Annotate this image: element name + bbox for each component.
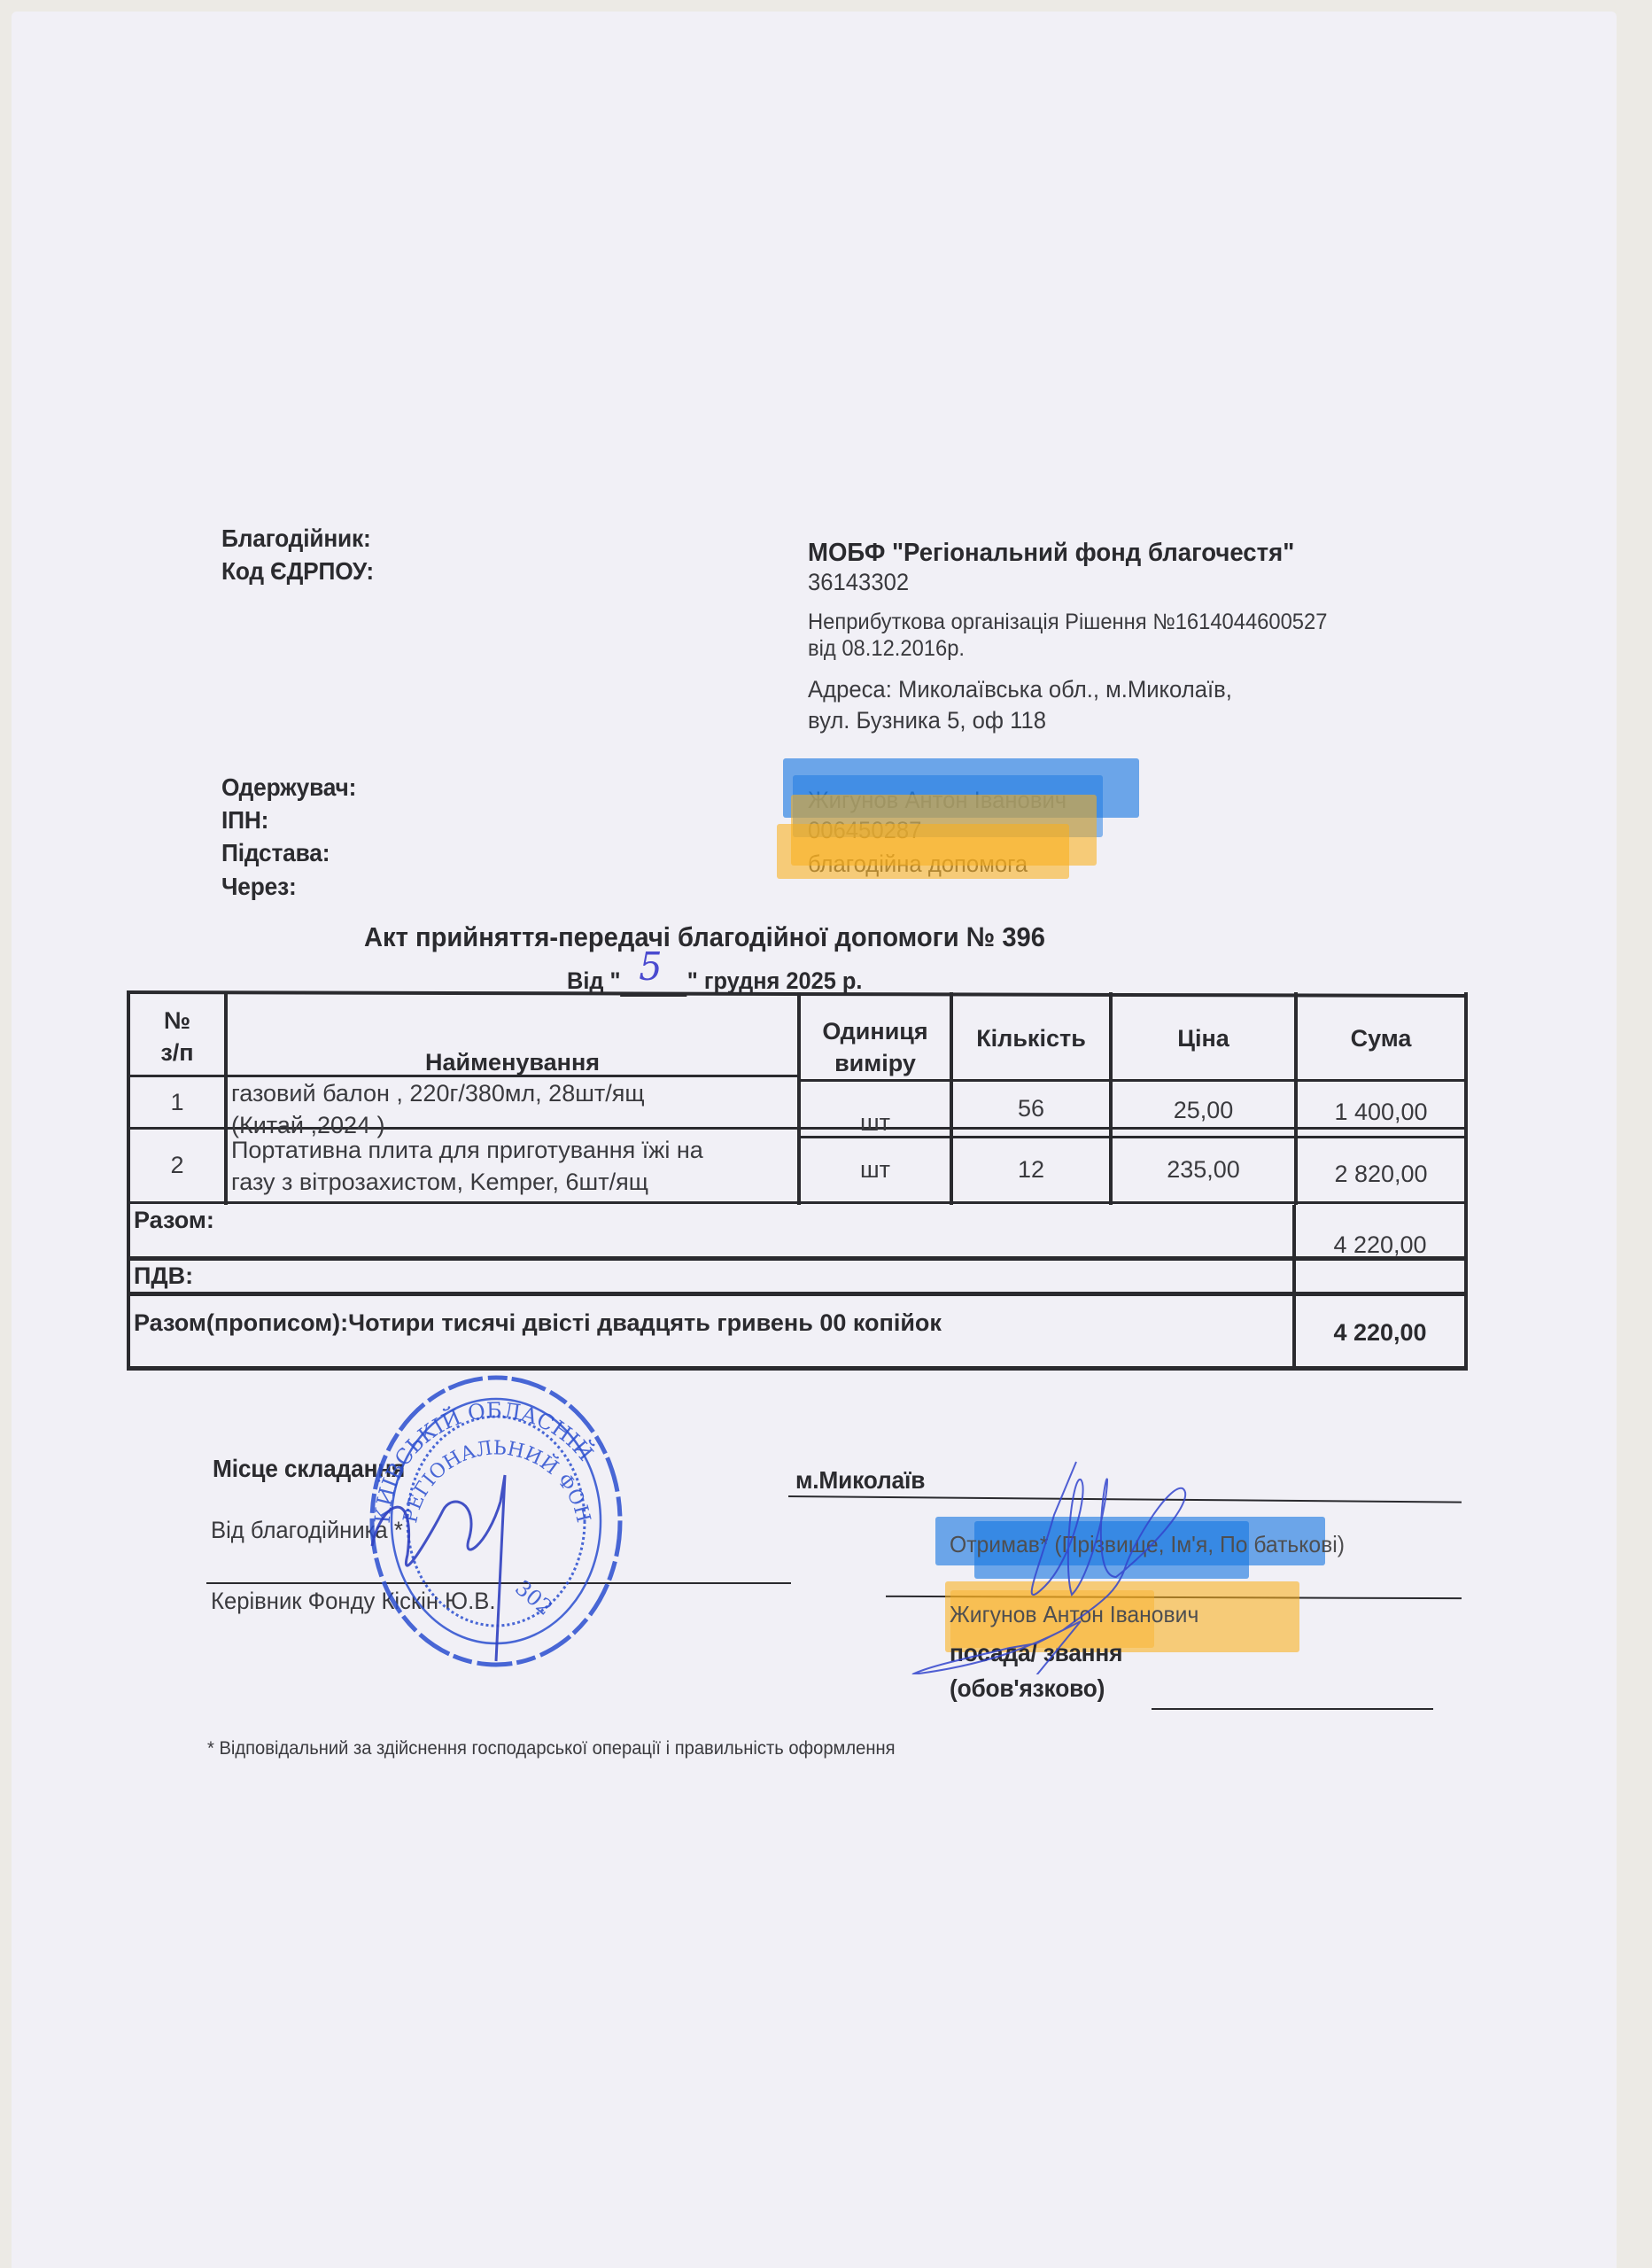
total-label: Разом: bbox=[130, 1204, 665, 1236]
date-suffix: " грудня 2025 р. bbox=[687, 967, 863, 994]
donor-edrpou: 36143302 bbox=[808, 569, 909, 596]
row2-name-line2: газу з вітрозахистом, Kemper, 6шт/ящ bbox=[231, 1166, 648, 1198]
row2-price: 235,00 bbox=[1113, 1138, 1294, 1201]
header-no-line1: № bbox=[164, 1005, 190, 1037]
total-value: 4 220,00 bbox=[1296, 1231, 1464, 1258]
act-title: Акт прийняття-передачі благодійної допом… bbox=[364, 921, 1045, 953]
via-label: Через: bbox=[221, 873, 297, 901]
row2-name: Портативна плита для приготування їжі на… bbox=[228, 1130, 798, 1201]
table-border bbox=[1464, 992, 1468, 1371]
header-no-line2: з/п bbox=[160, 1037, 193, 1068]
vat-label: ПДВ: bbox=[130, 1260, 665, 1292]
header-unit-line2: виміру bbox=[834, 1047, 916, 1079]
recipient-label: Одержувач: bbox=[221, 773, 356, 802]
ipn-label: ІПН: bbox=[221, 806, 268, 835]
header-no: № з/п bbox=[130, 996, 224, 1077]
donor-address-line1: Адреса: Миколаївська обл., м.Миколаїв, bbox=[808, 676, 1232, 703]
basis-label: Підстава: bbox=[221, 839, 330, 867]
header-price: Ціна bbox=[1113, 996, 1294, 1081]
row1-price: 25,00 bbox=[1113, 1081, 1294, 1139]
items-table: № з/п Найменування Одиниця виміру Кількі… bbox=[127, 992, 1468, 1369]
total-words-amount: 4 220,00 bbox=[1296, 1296, 1464, 1369]
stamp-number: 302 bbox=[510, 1575, 557, 1620]
redaction-yellow-mark bbox=[777, 824, 1069, 879]
row2-qty: 12 bbox=[953, 1138, 1109, 1201]
date-prefix: Від " bbox=[567, 967, 621, 994]
donor-address-line2: вул. Бузника 5, оф 118 bbox=[808, 707, 1046, 734]
header-unit: Одиниця виміру bbox=[801, 996, 950, 1090]
donor-label: Благодійник: bbox=[221, 524, 371, 553]
header-unit-line1: Одиниця bbox=[822, 1015, 927, 1047]
footnote: * Відповідальний за здійснення господарс… bbox=[207, 1738, 896, 1759]
row2-sum: 2 820,00 bbox=[1298, 1138, 1464, 1209]
row2-no: 2 bbox=[130, 1130, 224, 1201]
row1-name: газовий балон , 220г/380мл, 28шт/ящ (Кит… bbox=[228, 1077, 798, 1129]
total-words-row: Разом(прописом):Чотири тисячі двісті два… bbox=[130, 1296, 1285, 1349]
stamp-outer-text: КИЇВСЬКІЙ ОБЛАСНІЙ bbox=[370, 1398, 600, 1525]
row1-name-line1: газовий балон , 220г/380мл, 28шт/ящ bbox=[231, 1077, 645, 1109]
donor-status-line2: від 08.12.2016р. bbox=[808, 636, 965, 662]
recipient-signature bbox=[904, 1453, 1222, 1674]
row1-sum: 1 400,00 bbox=[1298, 1081, 1464, 1143]
total-words-label: Разом(прописом): bbox=[134, 1307, 348, 1339]
organization-stamp: КИЇВСЬКІЙ ОБЛАСНІЙ РЕГІОНАЛЬНИЙ ФОНД БЛА… bbox=[345, 1369, 647, 1670]
row1-qty: 56 bbox=[953, 1081, 1109, 1136]
required-label: (обов'язково) bbox=[950, 1674, 1105, 1703]
table-border bbox=[127, 1366, 1468, 1371]
donor-name: МОБФ "Регіональний фонд благочестя" bbox=[808, 539, 1294, 568]
donor-status-line1: Неприбуткова організація Рішення №161404… bbox=[808, 610, 1327, 635]
row2-unit: шт bbox=[801, 1138, 950, 1201]
date-day-handwritten: 5 bbox=[639, 944, 662, 990]
position-underline bbox=[1152, 1708, 1433, 1710]
row2-name-line1: Портативна плита для приготування їжі на bbox=[231, 1134, 703, 1166]
row1-no: 1 bbox=[130, 1077, 224, 1127]
header-qty: Кількість bbox=[953, 996, 1109, 1081]
edrpou-label: Код ЄДРПОУ: bbox=[221, 557, 374, 586]
total-words-value: Чотири тисячі двісті двадцять гривень 00… bbox=[348, 1307, 942, 1339]
header-sum: Сума bbox=[1298, 996, 1464, 1081]
vat-value bbox=[1296, 1260, 1464, 1292]
